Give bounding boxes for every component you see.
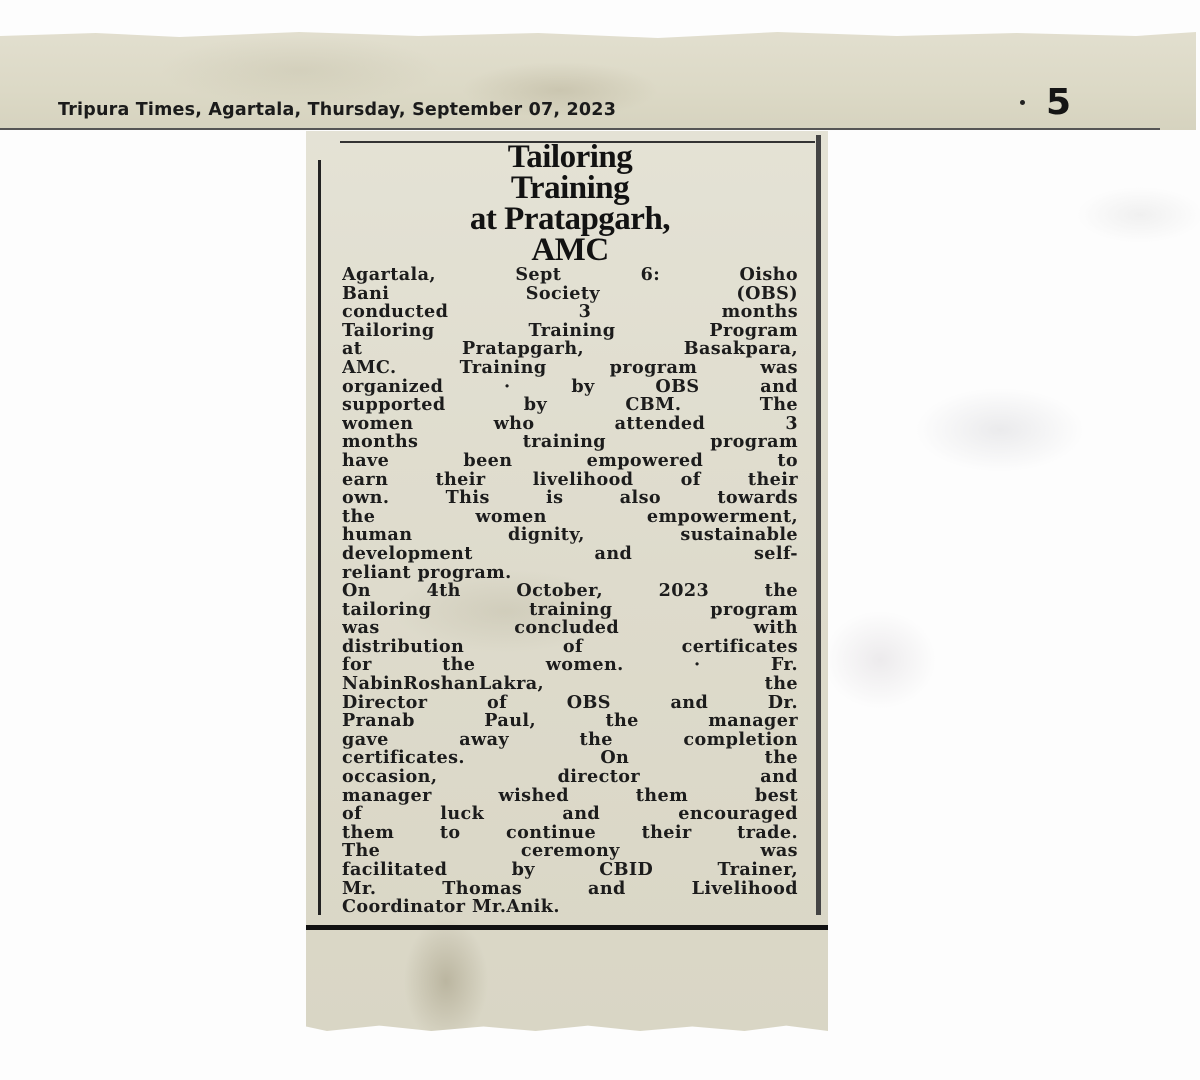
article-body-line: On 4th October, 2023 the xyxy=(342,582,798,601)
bullet-icon xyxy=(1020,100,1025,105)
headline-line: AMC xyxy=(330,235,810,266)
article-body-line: certificates. On the xyxy=(342,749,798,768)
page-number: 5 xyxy=(1046,82,1071,123)
article-body-line: The ceremony was xyxy=(342,842,798,861)
article-body: Agartala, Sept 6: OishoBani Society (OBS… xyxy=(342,266,798,917)
article-body-line: of luck and encouraged xyxy=(342,805,798,824)
article-body-line: manager wished them best xyxy=(342,787,798,806)
article-body-line: Coordinator Mr.Anik. xyxy=(342,898,798,917)
article-body-line: for the women. · Fr. xyxy=(342,656,798,675)
article-body-line: Agartala, Sept 6: Oisho xyxy=(342,266,798,285)
article-body-line: was concluded with xyxy=(342,619,798,638)
article-body-line: months training program xyxy=(342,433,798,452)
article-border-bottom xyxy=(306,925,828,930)
article-body-line: gave away the completion xyxy=(342,731,798,750)
article-border-left xyxy=(318,160,321,915)
article-body-line: have been empowered to xyxy=(342,452,798,471)
article-body-line: women who attended 3 xyxy=(342,415,798,434)
article-body-line: Tailoring Training Program xyxy=(342,322,798,341)
article-body-line: earn their livelihood of their xyxy=(342,471,798,490)
article-body-line: organized · by OBS and xyxy=(342,378,798,397)
article-body-line: Pranab Paul, the manager xyxy=(342,712,798,731)
article-body-line: occasion, director and xyxy=(342,768,798,787)
article-body-line: distribution of certificates xyxy=(342,638,798,657)
article-body-line: development and self- xyxy=(342,545,798,564)
article-body-line: AMC. Training program was xyxy=(342,359,798,378)
article-body-line: reliant program. xyxy=(342,564,798,583)
headline-line: Tailoring xyxy=(330,142,810,173)
article-headline: Tailoring Training at Pratapgarh, AMC xyxy=(330,142,810,266)
article-body-line: the women empowerment, xyxy=(342,508,798,527)
article-body-line: own. This is also towards xyxy=(342,489,798,508)
article-body-line: human dignity, sustainable xyxy=(342,526,798,545)
article-body-line: supported by CBM. The xyxy=(342,396,798,415)
article-body-line: tailoring training program xyxy=(342,601,798,620)
newspaper-dateline: Tripura Times, Agartala, Thursday, Septe… xyxy=(58,100,616,120)
masthead-divider xyxy=(0,128,1160,130)
article-body-line: NabinRoshanLakra, the xyxy=(342,675,798,694)
article-body-line: Director of OBS and Dr. xyxy=(342,694,798,713)
headline-line: at Pratapgarh, xyxy=(330,204,810,235)
article-body-line: conducted 3 months xyxy=(342,303,798,322)
headline-line: Training xyxy=(330,173,810,204)
article-body-line: them to continue their trade. xyxy=(342,824,798,843)
article-body-line: at Pratapgarh, Basakpara, xyxy=(342,340,798,359)
article-border-right xyxy=(816,135,821,915)
article-body-line: Bani Society (OBS) xyxy=(342,285,798,304)
article-body-line: Mr. Thomas and Livelihood xyxy=(342,880,798,899)
article-body-line: facilitated by CBID Trainer, xyxy=(342,861,798,880)
